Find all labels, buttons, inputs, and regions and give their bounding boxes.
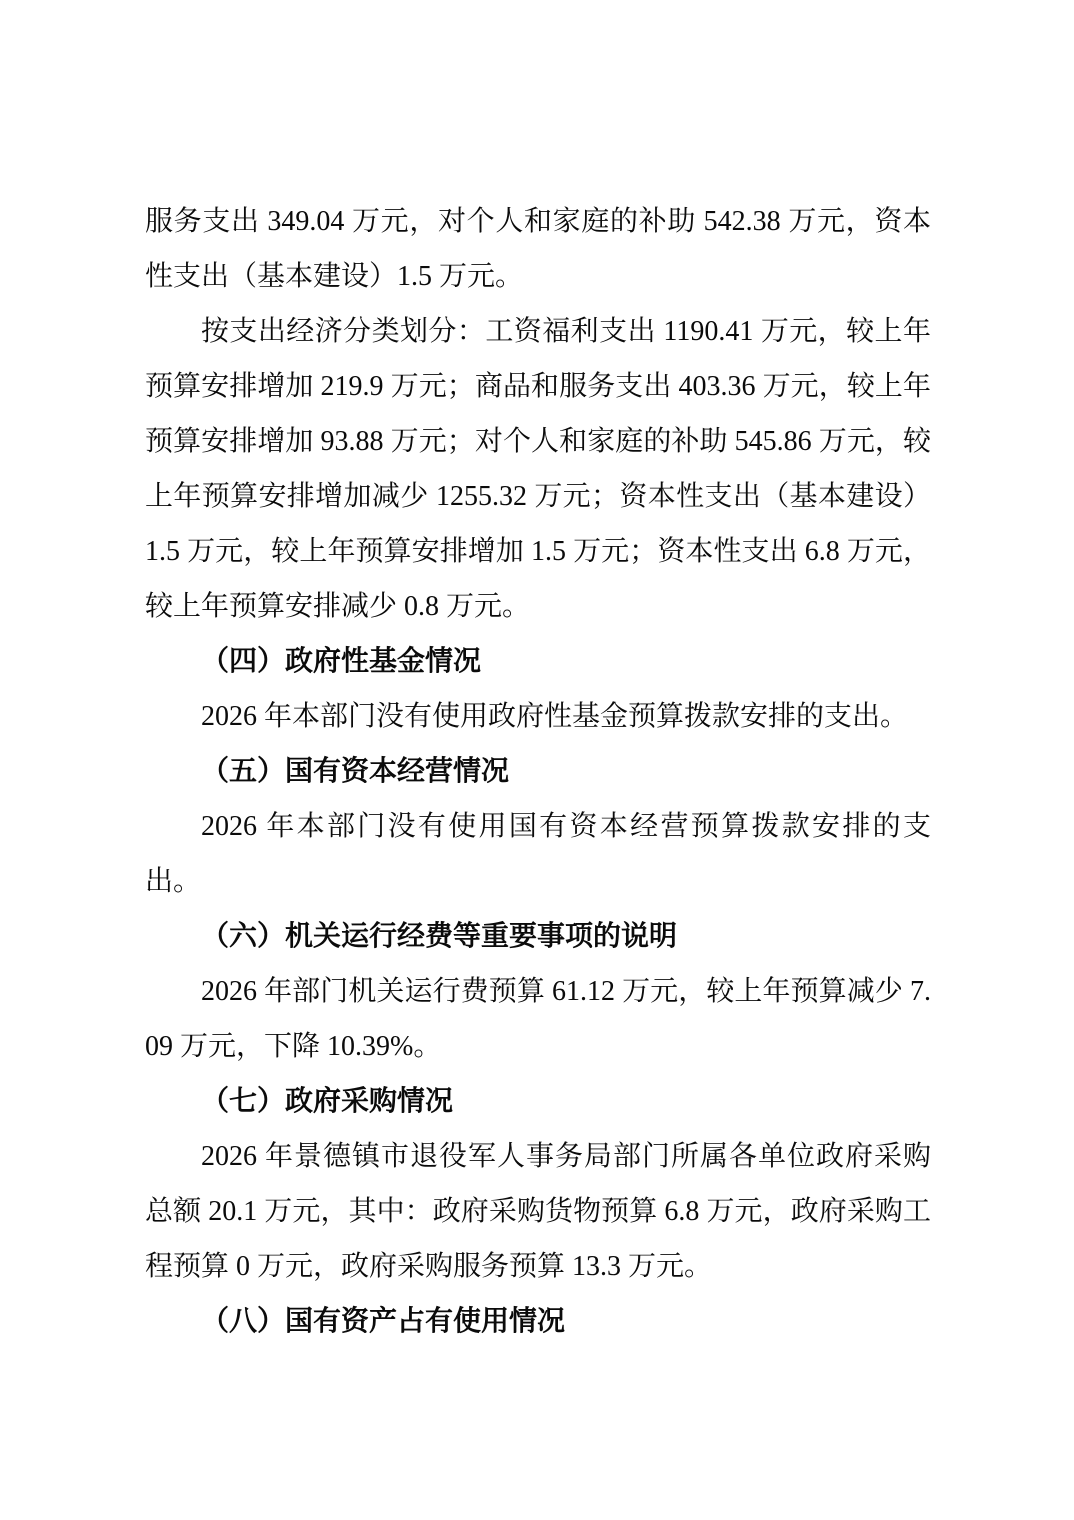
heading-section-5-state-capital: （五）国有资本经营情况: [145, 744, 931, 799]
heading-section-8-state-assets: （八）国有资产占有使用情况: [145, 1294, 931, 1349]
document-page: 服务支出 349.04 万元，对个人和家庭的补助 542.38 万元，资本性支出…: [0, 0, 1074, 1520]
paragraph-government-funds: 2026 年本部门没有使用政府性基金预算拨款安排的支出。: [145, 689, 931, 744]
document-content: 服务支出 349.04 万元，对个人和家庭的补助 542.38 万元，资本性支出…: [145, 194, 931, 1349]
heading-section-4-government-funds: （四）政府性基金情况: [145, 634, 931, 689]
paragraph-state-capital: 2026 年本部门没有使用国有资本经营预算拨款安排的支出。: [145, 799, 931, 909]
paragraph-expense-functional-continued: 服务支出 349.04 万元，对个人和家庭的补助 542.38 万元，资本性支出…: [145, 194, 931, 304]
heading-section-7-procurement: （七）政府采购情况: [145, 1074, 931, 1129]
heading-section-6-operating-expenses: （六）机关运行经费等重要事项的说明: [145, 909, 931, 964]
paragraph-operating-expenses: 2026 年部门机关运行费预算 61.12 万元，较上年预算减少 7.09 万元…: [145, 964, 931, 1074]
paragraph-expense-economic-classification: 按支出经济分类划分：工资福利支出 1190.41 万元，较上年预算安排增加 21…: [145, 304, 931, 634]
paragraph-procurement: 2026 年景德镇市退役军人事务局部门所属各单位政府采购总额 20.1 万元，其…: [145, 1129, 931, 1294]
